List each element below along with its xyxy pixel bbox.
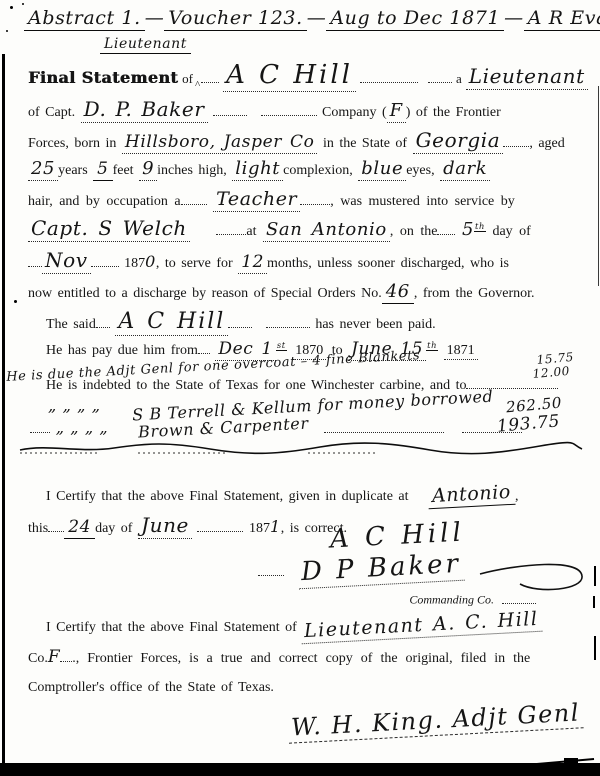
dotted-rule <box>60 649 72 662</box>
dotted-rule <box>428 68 452 83</box>
dotted-rule <box>502 589 536 604</box>
muster-day: 5 <box>462 219 474 240</box>
in-state-label: in the State of <box>323 136 407 151</box>
scan-edge-mark <box>593 596 595 608</box>
period-range: Aug to Dec 1871 <box>326 7 504 31</box>
certify1-date-line: this24day of June 1871, is correct. <box>28 513 347 537</box>
inserted-rank-text: Lieutenant <box>100 36 191 54</box>
mustering-officer: Capt. S Welch <box>28 216 190 242</box>
occupation-line: hair, and by occupation a Teacher, was m… <box>28 188 515 210</box>
certify1-month: June <box>138 513 192 539</box>
hair-occupation-label: hair, and by occupation a <box>28 194 181 209</box>
forces-born-label: Forces, born in <box>28 136 116 151</box>
signature-captain: D P Baker <box>297 549 464 590</box>
pay-to-year: 1871 <box>444 343 478 360</box>
pay-due-label: He has pay due him from <box>46 343 198 358</box>
dotted-rule <box>324 418 444 433</box>
dash-separator: — <box>307 7 327 29</box>
muster-place: San Antonio <box>263 219 390 242</box>
discharge-line: now entitled to a discharge by reason of… <box>28 281 535 302</box>
this-label: this <box>28 521 48 536</box>
scan-left-border <box>2 54 5 763</box>
dotted-rule <box>266 315 310 328</box>
signature-captain-line: D P Baker <box>258 553 464 585</box>
voucher-number: Voucher 123. <box>164 7 306 31</box>
certify1-line: I Certify that the above Final Statement… <box>46 483 519 507</box>
birthplace-line: Forces, born in Hillsboro, Jasper Co in … <box>28 128 565 152</box>
description-line: 25years 5feet 9inches high, lightcomplex… <box>28 158 490 179</box>
serve-label: , to serve for <box>156 256 233 271</box>
commanding-line: Commanding Co. <box>409 589 536 609</box>
years-label: years <box>58 163 88 178</box>
creditor2-line: „ „ „ „ Brown & Carpenter 193.75 <box>30 418 586 437</box>
ditto-marks: „ „ „ „ <box>48 396 101 415</box>
dotted-rule <box>261 103 317 116</box>
dotted-rule <box>300 192 330 205</box>
dotted-rule <box>91 254 119 267</box>
rank: Lieutenant <box>466 64 588 90</box>
birthplace: Hillsboro, Jasper Co <box>122 132 318 154</box>
certify1-place: Antonio <box>427 481 515 510</box>
certify1-text: I Certify that the above Final Statement… <box>46 489 409 504</box>
scan-noise-dot <box>22 3 24 5</box>
never-paid-label: has never been paid. <box>315 317 435 332</box>
complexion-value: light <box>232 158 283 181</box>
indebted-line: He is indebted to the State of Texas for… <box>46 376 586 394</box>
dotted-rule <box>181 192 207 205</box>
governor-label: , from the Governor. <box>414 286 535 301</box>
dotted-rule <box>96 315 110 328</box>
copy-text: ., Frontier Forces, is a true and correc… <box>72 651 530 666</box>
form-title-of: of <box>182 71 193 86</box>
scan-edge-mark <box>594 636 596 660</box>
dotted-rule <box>258 561 284 576</box>
certify2-officer: Lieutenant A. C. Hill <box>300 608 542 645</box>
pay-from-ordinal: st <box>276 340 287 351</box>
company-label: Company ( <box>322 105 387 120</box>
certify2-line: I Certify that the above Final Statement… <box>46 614 541 638</box>
scanned-document-page: Abstract 1. — Voucher 123. — Aug to Dec … <box>0 0 600 776</box>
clerk-name: A R Evans <box>524 7 600 31</box>
muster-month: Nov <box>42 248 91 274</box>
age-value: 25 <box>28 158 58 181</box>
occupation-value: Teacher <box>213 188 300 212</box>
eyes-value: blue <box>358 158 406 181</box>
form-title: Final Statement <box>28 68 178 87</box>
on-the-label: , on the <box>390 224 438 239</box>
certify2-text: I Certify that the above Final Statement… <box>46 620 297 635</box>
company-copy-line: Co.F., Frontier Forces, is a true and co… <box>28 647 530 667</box>
certify1-day: 24 <box>64 517 95 539</box>
aged-label: , aged <box>529 136 564 151</box>
never-paid-line: The said A C Hill has never been paid. <box>46 309 436 334</box>
title-line: Final Statement of^ A C Hill a Lieutenan… <box>28 60 588 90</box>
dotted-rule <box>503 134 529 147</box>
scan-right-border <box>598 86 600 286</box>
said-name: A C Hill <box>115 309 228 336</box>
dotted-rule <box>48 519 64 532</box>
comptroller-line: Comptroller's office of the State of Tex… <box>28 680 274 696</box>
scan-noise-dot <box>6 30 8 32</box>
at-label: at <box>246 224 256 239</box>
entitled-label: now entitled to a discharge by reason of… <box>28 286 382 301</box>
creditor2-text: Brown & Carpenter <box>138 414 309 442</box>
dotted-rule <box>216 222 246 235</box>
certify1-comma: , <box>515 489 519 504</box>
certify1-year: 187 <box>249 521 270 536</box>
certify1-year-digit: 1 <box>270 517 281 536</box>
dotted-rule <box>201 68 219 83</box>
muster-year-digit: 0 <box>145 252 156 271</box>
inches-value: 9 <box>139 158 157 181</box>
feet-label: feet <box>113 163 134 178</box>
co-label: Co. <box>28 651 48 666</box>
day-of-label: day of <box>492 224 530 239</box>
captain-line: of Capt. D. P. Baker Company (F) of the … <box>28 97 501 121</box>
captain-name: D. P. Baker <box>81 97 208 123</box>
dotted-rule <box>30 418 50 433</box>
mustered-label: , was mustered into service by <box>330 194 515 209</box>
order-number: 46 <box>382 281 414 304</box>
term-line: Nov 1870, to serve for 12months, unless … <box>28 248 509 272</box>
wavy-line-graphic <box>18 440 584 456</box>
inserted-rank: Lieutenant <box>100 36 191 52</box>
term-months: 12 <box>238 252 267 274</box>
dash-separator: — <box>504 7 524 29</box>
signature-adjutant: W. H. King. Adjt Genl <box>287 698 583 741</box>
creditor1-line: „ „ „ „ S B Terrell & Kellum for money b… <box>48 396 586 415</box>
dotted-rule <box>360 68 418 83</box>
dotted-rule <box>198 341 210 354</box>
scan-noise-dot <box>10 6 13 9</box>
commanding-label: Commanding Co. <box>409 593 494 607</box>
soldier-name: A C Hill <box>223 60 356 92</box>
dotted-rule <box>437 222 455 235</box>
scan-noise-dot <box>14 300 17 303</box>
of-capt-label: of Capt. <box>28 105 75 120</box>
comptroller-text: Comptroller's office of the State of Tex… <box>28 680 274 695</box>
dotted-rule <box>197 519 243 532</box>
scan-edge-mark <box>594 566 596 586</box>
wavy-separator <box>18 440 584 461</box>
article-a: a <box>456 71 462 86</box>
dotted-rule <box>213 103 247 116</box>
pay-to-ordinal: th <box>426 340 438 351</box>
co-letter: F <box>48 647 60 667</box>
birth-state: Georgia <box>413 128 504 154</box>
dash-separator: — <box>145 7 165 29</box>
abstract-number: Abstract 1. <box>24 7 145 31</box>
months-label: months, unless sooner discharged, who is <box>267 256 509 271</box>
muster-year: 187 <box>124 256 145 271</box>
inches-label: inches high, <box>157 163 227 178</box>
dotted-rule <box>28 254 42 267</box>
signature-adjutant-text: W. H. King. Adjt Genl <box>287 698 583 743</box>
hair-value: dark <box>440 158 490 181</box>
muster-line: Capt. S Welch at San Antonio, on the 5th… <box>28 216 531 240</box>
complexion-label: complexion, <box>283 163 353 178</box>
abstract-header-line: Abstract 1. — Voucher 123. — Aug to Dec … <box>24 7 590 31</box>
company-letter: F <box>387 100 406 123</box>
amount-brown: 193.75 <box>496 411 561 436</box>
muster-day-ordinal: th <box>474 221 486 232</box>
day-of-label2: day of <box>95 521 132 536</box>
company-close-label: ) of the Frontier <box>406 105 501 120</box>
the-said-label: The said <box>46 317 96 332</box>
dotted-rule <box>228 315 252 328</box>
ditto-marks: „ „ „ „ <box>56 418 109 437</box>
caret-mark: ^ <box>195 79 200 91</box>
feet-value: 5 <box>93 159 112 181</box>
eyes-label: eyes, <box>406 163 434 178</box>
